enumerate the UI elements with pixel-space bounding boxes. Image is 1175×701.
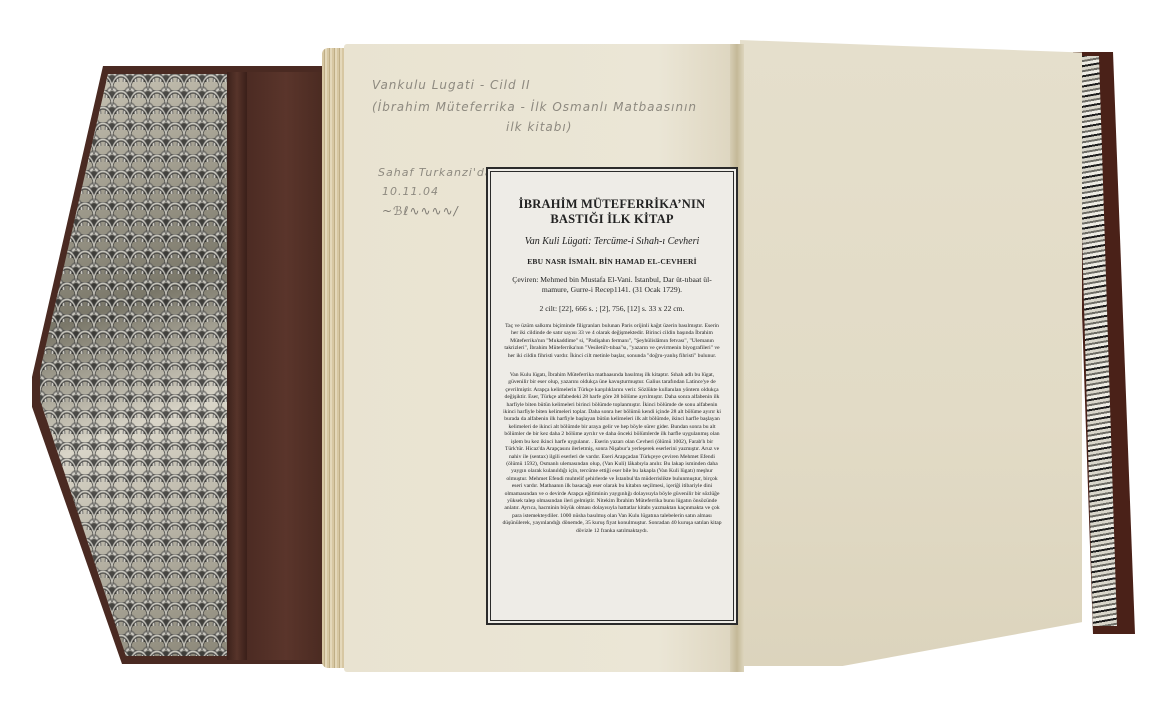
label-author: EBU NASR İSMAİL BİN HAMAD EL-CEVHERİ [502, 257, 722, 266]
label-title-line2: BASTIĞI İLK KİTAP [502, 212, 722, 227]
label-title-line1: İBRAHİM MÜTEFERRİKA’NIN [502, 197, 722, 212]
printed-label: İBRAHİM MÜTEFERRİKA’NIN BASTIĞI İLK KİTA… [486, 167, 738, 625]
pencil-note-source: Sahaf Turkanzi'dan [378, 166, 501, 179]
pencil-note-line2: (İbrahim Müteferrika - İlk Osmanlı Matba… [372, 100, 697, 114]
right-page [740, 40, 1082, 666]
label-subtitle: Van Kuli Lügati: Tercüme-i Sıhah-ı Cevhe… [502, 236, 722, 247]
open-book-photo: Vankulu Lugati - Cild II (İbrahim Mütefe… [0, 0, 1175, 701]
label-title: İBRAHİM MÜTEFERRİKA’NIN BASTIĞI İLK KİTA… [502, 197, 722, 227]
pencil-note-line3: ilk kitabı) [506, 120, 572, 134]
pencil-signature: ~ℬℓ∿∿∿∿/ [382, 204, 459, 218]
spine-panel [247, 72, 325, 660]
page-block-edge [322, 48, 344, 668]
label-paragraph-1: Taç ve üzüm salkımı biçiminde filigranla… [502, 323, 722, 360]
marbled-endpaper-left [40, 74, 227, 656]
pencil-note-date: 10.11.04 [382, 185, 439, 198]
pencil-note-title: Vankulu Lugati - Cild II [372, 78, 531, 92]
label-translator: Çeviren: Mehmed bin Mustafa El-Vani. İst… [502, 275, 722, 295]
cover-hinge [227, 72, 247, 660]
label-collation: 2 cilt: [22], 666 s. ; [2], 756, [12] s.… [502, 304, 722, 313]
label-paragraph-2: Van Kulu lügatı, İbrahim Müteferrika mat… [502, 372, 722, 535]
